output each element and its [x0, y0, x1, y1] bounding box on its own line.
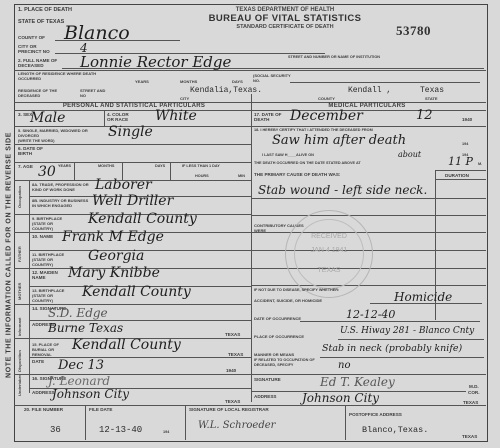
row-line — [251, 285, 486, 286]
cause-label: THE PRIMARY CAUSE OF DEATH WAS: — [254, 172, 340, 177]
mother-tab: MOTHER — [17, 283, 22, 300]
row-divider — [14, 70, 486, 71]
father-birthplace: Georgia — [88, 248, 144, 264]
date-of-death-label: 17. DATE OF DEATH — [254, 112, 284, 122]
cor-label: COR. — [468, 390, 479, 395]
county-label: COUNTY OF — [18, 35, 45, 40]
file-date: 12-13-40 — [99, 425, 142, 435]
file-date-label: FILE DATE — [89, 407, 112, 412]
primary-cause: Stab wound - left side neck. — [258, 183, 427, 197]
file-number: 36 — [50, 425, 61, 435]
months-label: MONTHS — [180, 79, 197, 84]
industry-value: Well Driller — [92, 193, 173, 209]
burial-date-label: DATE — [32, 359, 44, 364]
race-value: White — [155, 108, 197, 124]
row-line — [251, 198, 486, 199]
death-year: 1940 — [462, 117, 472, 122]
manner-label: MANNER OR MEANS — [254, 352, 294, 357]
precinct-label: CITY OR PRECINCT NO — [18, 44, 58, 54]
deceased-name: Lonnie Rector Edge — [80, 53, 231, 71]
stamp-received: RECEIVED — [286, 233, 372, 240]
mother-name-label: 12. MAIDEN NAME — [32, 270, 62, 280]
accident-value: Homicide — [394, 290, 452, 304]
undertaker-tab: Undertaker — [17, 375, 22, 396]
min-label: MIN — [238, 174, 245, 179]
physician-address: Johnson City — [302, 391, 379, 405]
trade-label: 8A. TRADE, PROFESSION OR KIND OF WORK DO… — [32, 182, 92, 192]
certificate-number: 53780 — [396, 23, 431, 39]
sex-value: Male — [30, 110, 65, 126]
certify-year: 194 — [462, 142, 468, 147]
age-days-label: DAYS — [155, 164, 165, 169]
manner-line — [320, 357, 484, 358]
registrar-signature: W.L. Schroeder — [198, 420, 275, 431]
file-year-suffix: 194 — [163, 430, 169, 435]
residence-state: Texas — [420, 86, 444, 95]
residence-label: RESIDENCE OF THE DECEASED — [18, 88, 78, 98]
stamp-texas: TEXAS — [286, 267, 372, 274]
street-label: STREET AND NO — [80, 88, 110, 98]
bureau-title: BUREAU OF VITAL STATISTICS — [175, 13, 395, 24]
duration-label: DURATION — [445, 173, 469, 178]
death-month: December — [290, 108, 363, 124]
burial-year: 1940 — [226, 368, 236, 373]
duration-top — [435, 170, 486, 171]
race-label: 4. COLOR OR RACE — [107, 112, 135, 122]
age-less-day-label: IF LESS THAN 1 DAY — [182, 164, 220, 169]
physician-address-label: ADDRESS — [254, 394, 276, 399]
time-m-label: M. — [478, 162, 482, 167]
trade-value: Laborer — [95, 177, 152, 193]
occurrence-date: 12-12-40 — [346, 308, 395, 321]
occurrence-date-line — [300, 321, 480, 322]
burial-date: Dec 13 — [58, 358, 104, 373]
registrar-label: SIGNATURE OF LOCAL REGISTRAR — [189, 407, 269, 412]
age-divider — [74, 162, 75, 180]
age-label: 7. AGE — [18, 164, 33, 169]
age-years-label: YEARS — [58, 164, 71, 169]
undertaker-signature: J. Leonard — [48, 374, 110, 388]
filing-divider — [185, 405, 186, 440]
accident-label: ACCIDENT, SUICIDE, OR HOMICIDE — [254, 298, 322, 303]
certify-value: Saw him after death — [272, 133, 406, 148]
informant-state: TEXAS — [225, 332, 240, 337]
birthplace-value: Kendall County — [88, 211, 197, 227]
place-of-occurrence-label: PLACE OF OCCURRENCE — [254, 334, 304, 339]
state-label: STATE OF TEXAS — [18, 20, 64, 25]
physician-signature-label: SIGNATURE — [254, 377, 281, 382]
residence-city: Kendalia,Texas. — [190, 86, 262, 95]
time-about: about — [398, 150, 421, 159]
personal-section-title: PERSONAL AND STATISTICAL PARTICULARS — [20, 103, 248, 109]
filing-divider — [345, 405, 346, 440]
certificate-subtitle: STANDARD CERTIFICATE OF DEATH — [175, 24, 395, 30]
row-line — [14, 162, 251, 163]
occupation-related-label: IF RELATED TO OCCUPATION OF DECEASED, SP… — [254, 358, 324, 368]
not-disease-label: IF NOT DUE TO DISEASE, SPECIFY WHETHER: — [254, 288, 339, 293]
occupation-tab: Occupation — [17, 186, 22, 208]
informant-tab: Informant — [17, 318, 22, 336]
row-line — [14, 144, 251, 145]
father-birthplace-label: 11. BIRTHPLACE (STATE OR COUNTRY) — [32, 252, 72, 267]
death-day: 12 — [416, 108, 433, 123]
manner-value: Stab in neck (probably knife) — [322, 343, 462, 354]
mother-birthplace-label: 13. BIRTHPLACE (STATE OR COUNTRY) — [32, 288, 72, 303]
file-number-label: 20. FILE NUMBER — [24, 407, 63, 412]
postoffice-state: TEXAS — [462, 434, 477, 439]
dob-label: 6. DATE OF BIRTH — [18, 146, 48, 156]
filing-divider — [85, 405, 86, 440]
full-name-label: 2. FULL NAME OF DECEASED — [18, 58, 63, 68]
medical-section-title: MEDICAL PARTICULARS — [252, 103, 482, 109]
disposition-tab: Disposition — [17, 350, 22, 372]
occurred-label: THE DEATH OCCURRED ON THE DATE STATED AB… — [254, 161, 361, 166]
stamp-date: JAN 4 1941 — [286, 247, 372, 254]
row-line — [251, 215, 486, 216]
undertaker-address: Johnson City — [52, 387, 129, 401]
state-res-label: STATE — [425, 96, 438, 101]
age-value: 30 — [38, 164, 56, 180]
ssn-label: (SOCIAL SECURITY NO. — [253, 73, 293, 83]
hours-label: HOURS — [195, 174, 209, 179]
residence-county: Kendall , — [348, 86, 391, 95]
physician-signature: Ed T. Kealey — [320, 375, 395, 389]
death-certificate: NOTE THE INFORMATION CALLED FOR ON THE R… — [0, 0, 500, 448]
undertaker-state: TEXAS — [225, 399, 240, 404]
days-label: DAYS — [232, 79, 243, 84]
duration-bottom — [435, 179, 486, 180]
occurrence-date-label: DATE OF OCCURRENCE — [254, 316, 301, 321]
place-line — [338, 339, 484, 340]
years-label: YEARS — [135, 79, 149, 84]
marital-value: Single — [108, 124, 153, 140]
father-name-label: 10. NAME — [32, 234, 53, 239]
length-residence-label: LENGTH OF RESIDENCE WHERE DEATH OCCURRED — [18, 71, 118, 81]
county-res-label: COUNTY — [318, 96, 335, 101]
place-of-occurrence: U.S. Hiway 281 - Blanco Cnty — [340, 326, 474, 336]
informant-signature: S.D. Edge — [48, 306, 108, 320]
stamp-inner-ring — [294, 219, 364, 289]
ssn-line — [290, 82, 480, 83]
age-months-label: MONTHS — [98, 164, 114, 169]
mother-birthplace: Kendall County — [82, 284, 191, 300]
physician-state: TEXAS — [463, 400, 478, 405]
street-institution-label: STREET AND NUMBER OR NAME OF INSTITUTION — [288, 55, 380, 60]
postoffice-value: Blanco,Texas. — [362, 425, 428, 435]
accident-line — [370, 303, 482, 304]
burial-value: Kendall County — [72, 337, 181, 353]
md-label: M.D. — [469, 384, 479, 389]
row-line — [251, 126, 486, 127]
center-divider — [251, 94, 252, 402]
place-of-death-label: 1. PLACE OF DEATH — [18, 8, 72, 13]
county-value: Blanco — [64, 22, 130, 44]
time-of-death: 11 P — [448, 155, 473, 168]
father-name: Frank M Edge — [62, 229, 164, 245]
marital-label: 5. SINGLE, MARRIED, WIDOWED OR DIVORCED — [18, 128, 108, 138]
informant-address: Burne Texas — [48, 321, 123, 335]
postoffice-label: POSTOFFICE ADDRESS — [349, 412, 402, 417]
last-saw-label: I LAST SAW H____ALIVE ON — [262, 153, 314, 158]
row-line — [14, 304, 251, 305]
industry-label: 8B. INDUSTRY OR BUSINESS IN WHICH ENGAGE… — [32, 198, 92, 208]
header: TEXAS DEPARTMENT OF HEALTH BUREAU OF VIT… — [175, 7, 395, 30]
occupation-related: no — [338, 360, 350, 371]
city-label: CITY — [180, 96, 189, 101]
father-tab: FATHER — [17, 246, 22, 262]
sex-race-divider — [104, 110, 105, 126]
received-stamp: RECEIVED JAN 4 1941 TEXAS — [285, 210, 373, 298]
burial-label: 15. PLACE OF BURIAL OR REMOVAL — [32, 342, 62, 357]
mother-name: Mary Knibbe — [68, 265, 160, 281]
side-note-text: NOTE THE INFORMATION CALLED FOR ON THE R… — [6, 132, 13, 378]
age-divider — [170, 162, 171, 180]
